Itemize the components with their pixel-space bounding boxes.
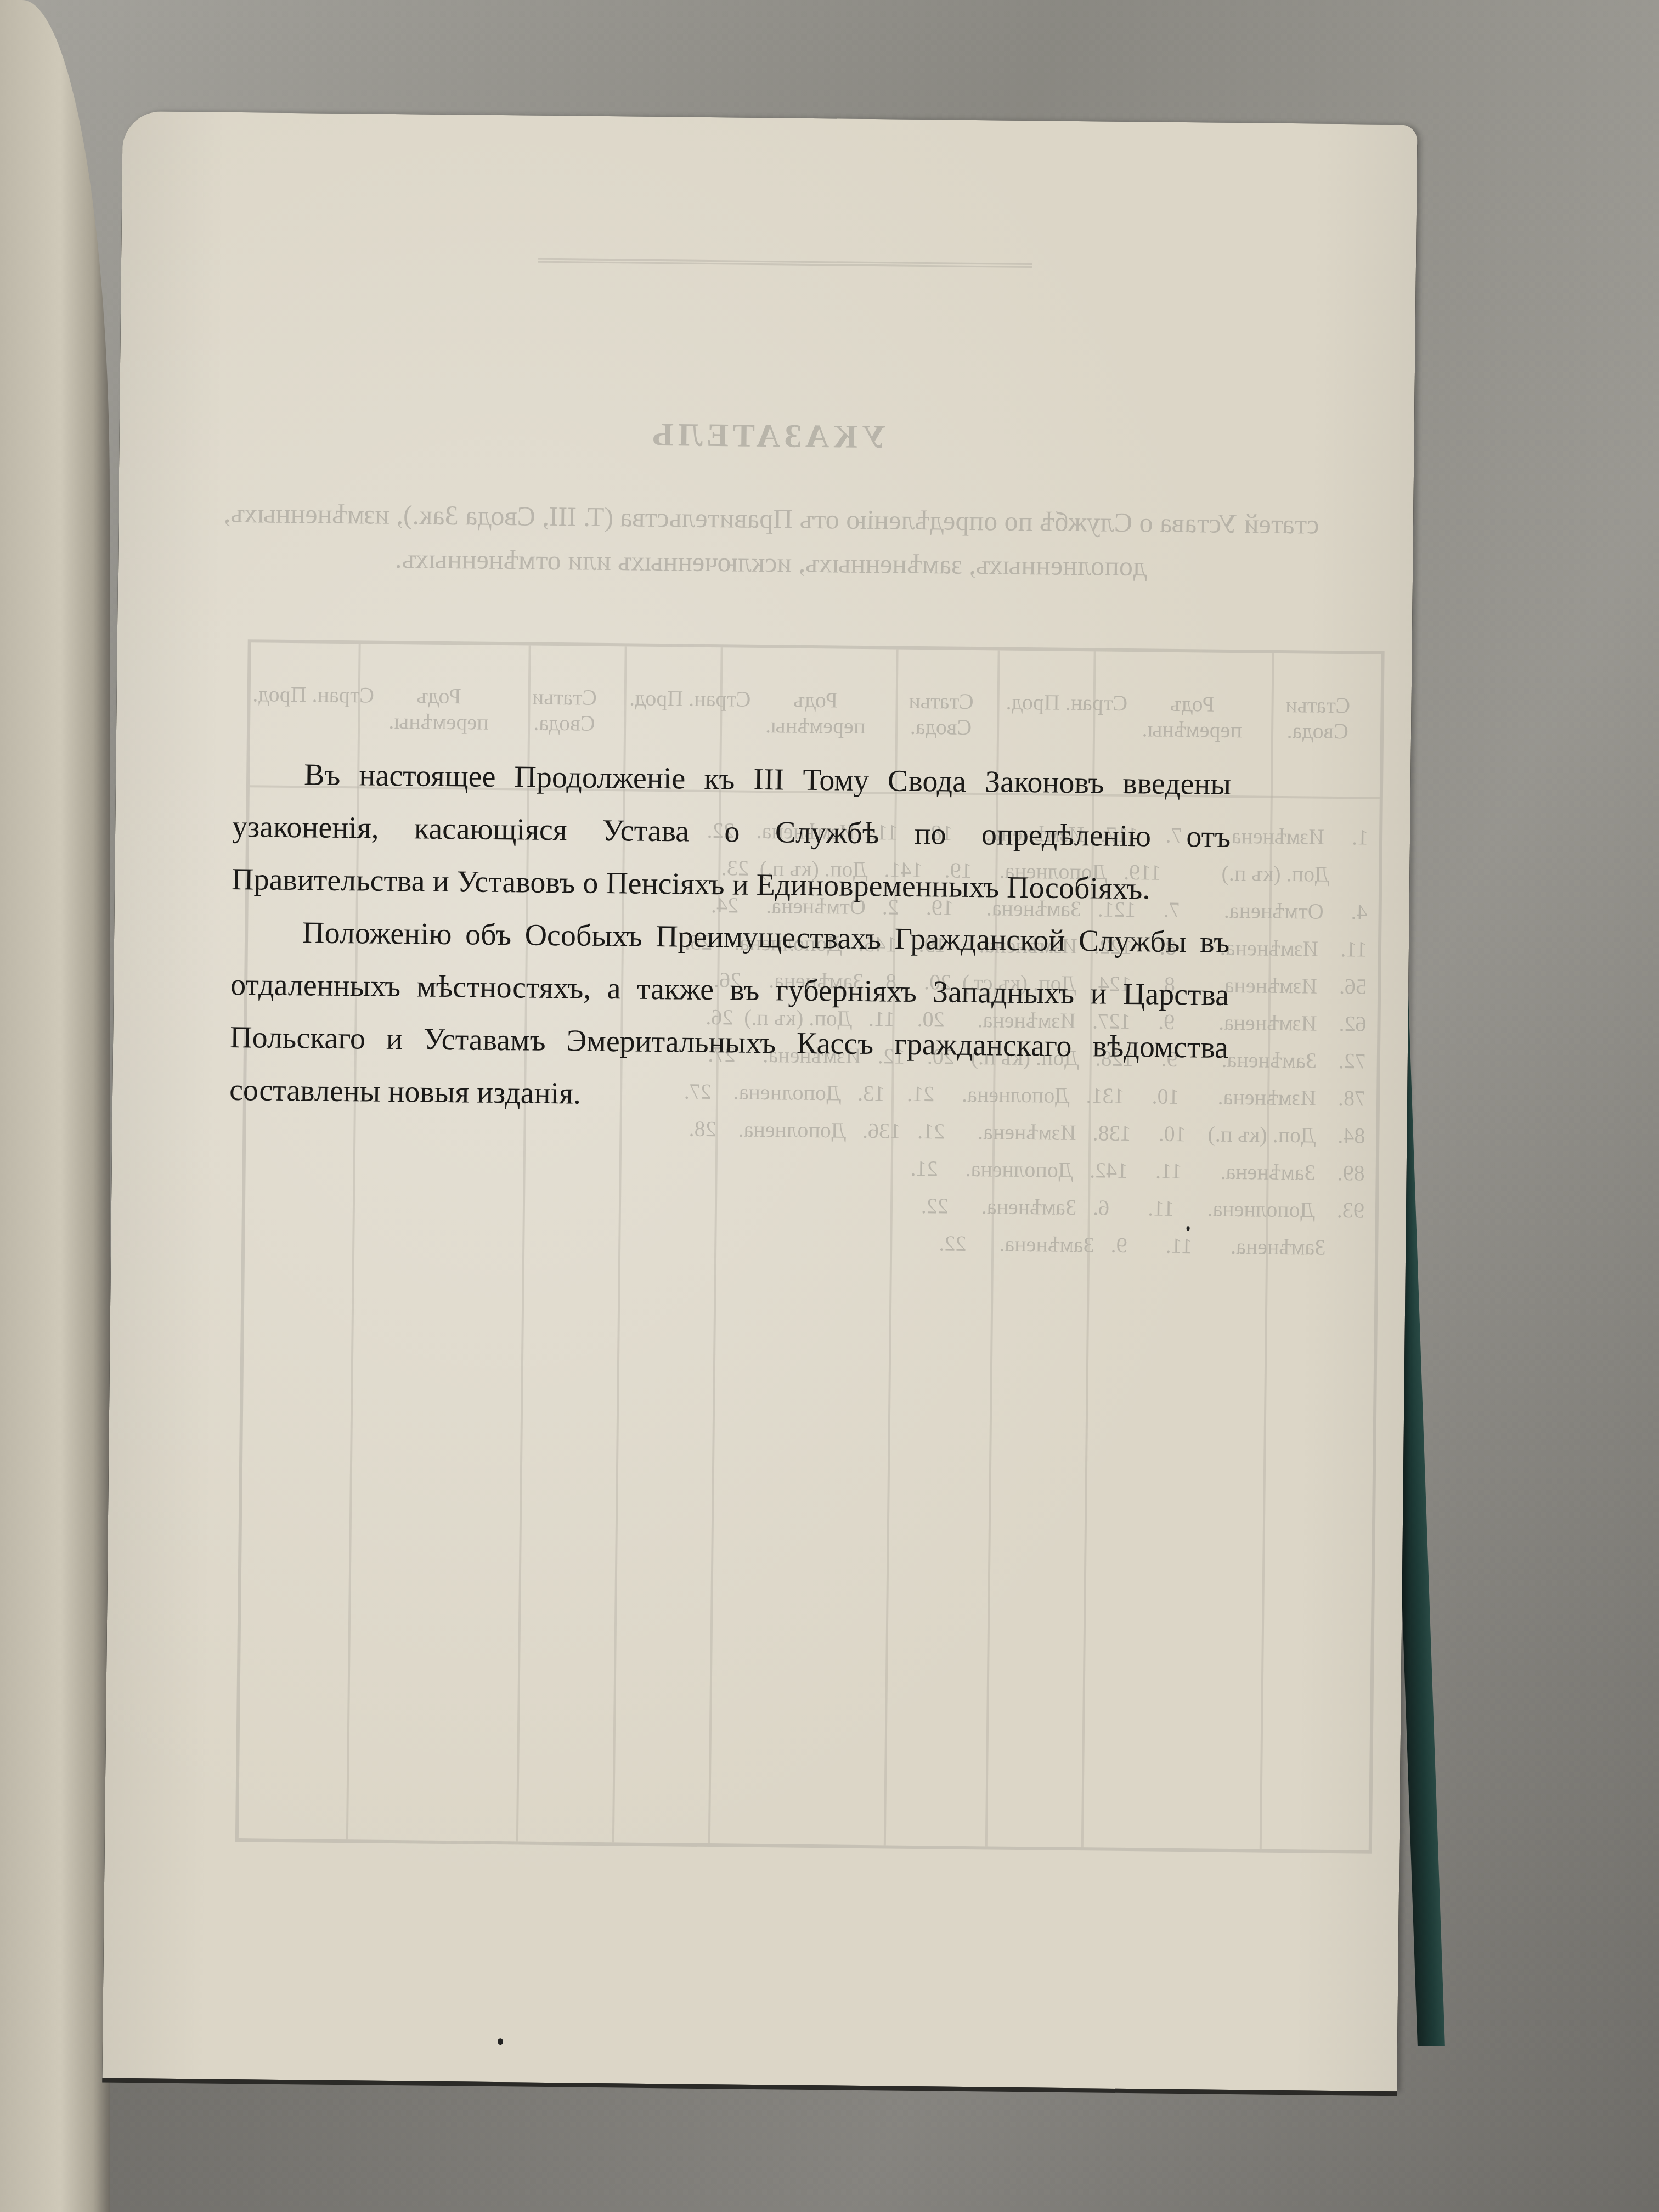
book-page: УКАЗАТЕЛЬ статей Устава о Службѣ по опре… <box>102 111 1417 2092</box>
show-through-title: УКАЗАТЕЛЬ <box>119 410 1414 462</box>
table-header-cell: Родъ перемѣны. <box>752 686 878 739</box>
show-through-table-header: Статьи Свода. Родъ перемѣны. Стран. Прод… <box>250 681 1381 744</box>
table-header-cell: Стран. Прод. <box>627 685 753 737</box>
table-header-cell: Родъ перемѣны. <box>376 682 502 735</box>
editorial-notice: Въ настоящее Продолженіе къ III Тому Сво… <box>229 748 1232 1127</box>
table-header-cell: Статьи Свода. <box>501 684 628 736</box>
paper-speck <box>498 2038 503 2045</box>
paper-speck <box>1187 1226 1190 1231</box>
show-through-running-head <box>538 225 1032 268</box>
show-through-subtitle: статей Устава о Службѣ по опредѣленію от… <box>145 490 1397 591</box>
notice-paragraph: Положенію объ Особыхъ Преимуществахъ Гра… <box>229 906 1230 1127</box>
table-header-cell: Стран. Прод. <box>1003 689 1130 742</box>
facing-page-edge <box>0 0 110 2212</box>
notice-paragraph: Въ настоящее Продолженіе къ III Тому Сво… <box>232 748 1232 916</box>
table-header-cell: Родъ перемѣны. <box>1129 690 1255 743</box>
